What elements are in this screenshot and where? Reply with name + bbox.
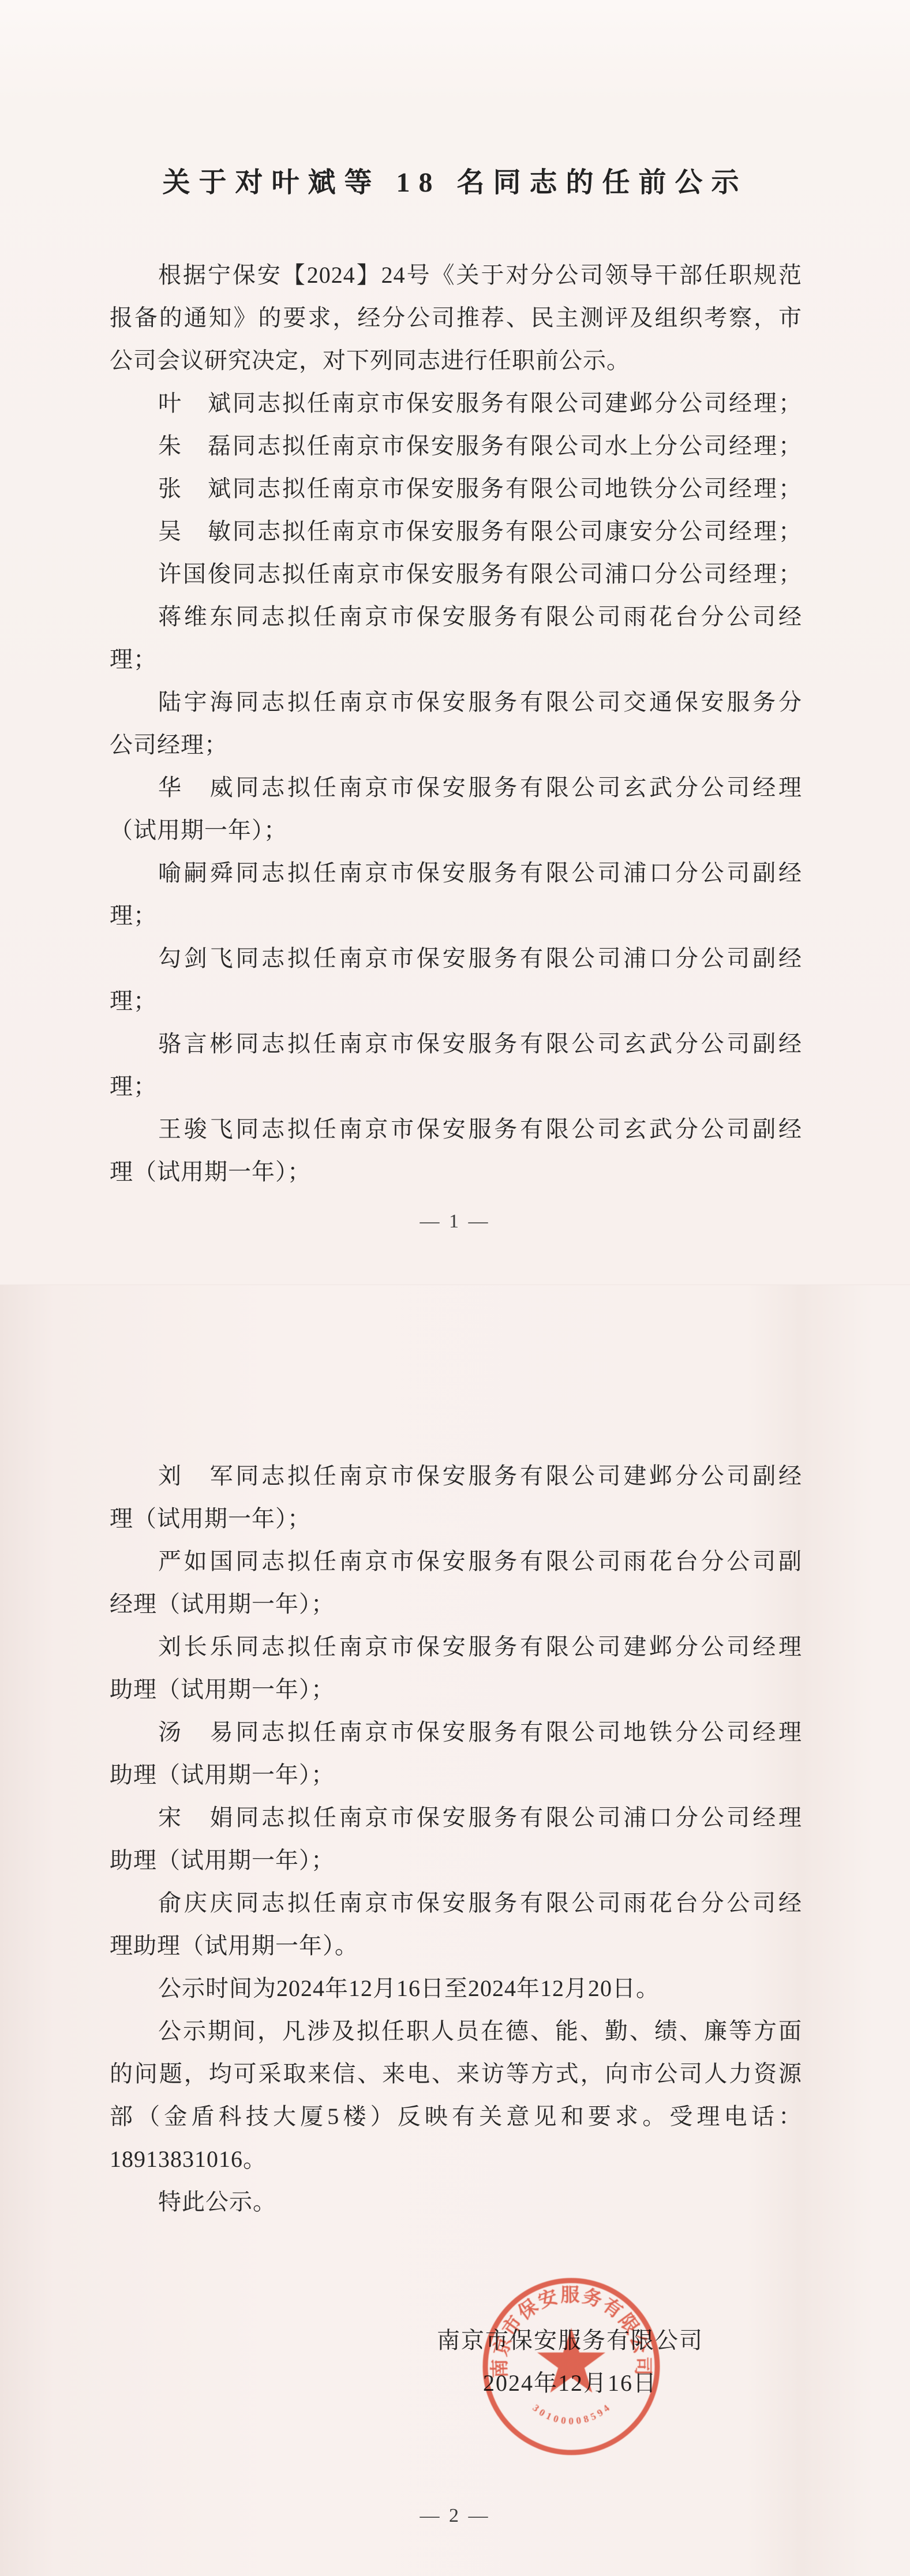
- seal-star: [537, 2328, 605, 2392]
- appointment-line: 汤 易同志拟任南京市保安服务有限公司地铁分公司经理: [110, 1711, 802, 1754]
- appointment-line: 王骏飞同志拟任南京市保安服务有限公司玄武分公司副经: [110, 1108, 802, 1151]
- page1-body: 根据宁保安【2024】24号《关于对分公司领导干部任职规范 报备的通知》的要求，…: [110, 254, 802, 1193]
- appointment-line: 理；: [110, 980, 802, 1023]
- appointment-line: 理；: [110, 638, 802, 681]
- closing-line: 特此公示。: [110, 2181, 802, 2223]
- appointment-line: 喻嗣舜同志拟任南京市保安服务有限公司浦口分公司副经: [110, 852, 802, 894]
- appointment-line: 理；: [110, 1065, 802, 1108]
- page-2: 刘 军同志拟任南京市保安服务有限公司建邺分公司副经 理（试用期一年）； 严如国同…: [0, 1285, 910, 2576]
- text-line: 公示期间，凡涉及拟任职人员在德、能、勤、绩、廉等方面: [110, 2010, 802, 2053]
- publicity-period-line: 公示时间为2024年12月16日至2024年12月20日。: [110, 1967, 802, 2010]
- appointment-line: （试用期一年）；: [110, 809, 802, 852]
- appointment-line: 俞庆庆同志拟任南京市保安服务有限公司雨花台分公司经: [110, 1882, 802, 1924]
- appointment-line: 吴 敏同志拟任南京市保安服务有限公司康安分公司经理；: [110, 510, 802, 553]
- page-1: 关于对叶斌等 18 名同志的任前公示 根据宁保安【2024】24号《关于对分公司…: [0, 0, 910, 1285]
- appointment-line: 朱 磊同志拟任南京市保安服务有限公司水上分公司经理；: [110, 425, 802, 467]
- text-line: 部（金盾科技大厦5楼）反映有关意见和要求。受理电话：: [110, 2095, 802, 2138]
- appointment-line: 华 威同志拟任南京市保安服务有限公司玄武分公司经理: [110, 766, 802, 809]
- appointment-line: 理（试用期一年）；: [110, 1151, 802, 1193]
- appointment-line: 蒋维东同志拟任南京市保安服务有限公司雨花台分公司经: [110, 596, 802, 638]
- appointment-line: 叶 斌同志拟任南京市保安服务有限公司建邺分公司经理；: [110, 382, 802, 425]
- text-line: 报备的通知》的要求，经分公司推荐、民主测评及组织考察，市: [110, 297, 802, 339]
- phone-number-line: 18913831016。: [110, 2138, 802, 2181]
- page-title: 关于对叶斌等 18 名同志的任前公示: [0, 0, 910, 199]
- page-number-2: — 2 —: [0, 2495, 910, 2537]
- appointment-line: 助理（试用期一年）；: [110, 1754, 802, 1796]
- appointment-line: 严如国同志拟任南京市保安服务有限公司雨花台分公司副: [110, 1540, 802, 1583]
- appointment-line: 理助理（试用期一年）。: [110, 1924, 802, 1967]
- appointment-line: 骆言彬同志拟任南京市保安服务有限公司玄武分公司副经: [110, 1023, 802, 1065]
- page-number-1: — 1 —: [0, 1200, 910, 1243]
- appointment-line: 陆宇海同志拟任南京市保安服务有限公司交通保安服务分: [110, 681, 802, 724]
- appointment-line: 理（试用期一年）；: [110, 1497, 802, 1540]
- page2-body: 刘 军同志拟任南京市保安服务有限公司建邺分公司副经 理（试用期一年）； 严如国同…: [110, 1455, 802, 2223]
- appointment-line: 经理（试用期一年）；: [110, 1583, 802, 1626]
- seal-number: 30100008594: [530, 2402, 612, 2427]
- appointment-line: 助理（试用期一年）；: [110, 1668, 802, 1711]
- document-scan: 关于对叶斌等 18 名同志的任前公示 根据宁保安【2024】24号《关于对分公司…: [0, 0, 910, 2576]
- company-seal: 南京市保安服务有限公司 30100008594: [476, 2271, 666, 2462]
- appointment-line: 张 斌同志拟任南京市保安服务有限公司地铁分公司经理；: [110, 467, 802, 510]
- appointment-line: 勾剑飞同志拟任南京市保安服务有限公司浦口分公司副经: [110, 937, 802, 980]
- appointment-line: 公司经理；: [110, 724, 802, 766]
- appointment-line: 助理（试用期一年）；: [110, 1839, 802, 1882]
- text-line: 公司会议研究决定，对下列同志进行任职前公示。: [110, 339, 802, 382]
- appointment-line: 宋 娟同志拟任南京市保安服务有限公司浦口分公司经理: [110, 1796, 802, 1839]
- appointment-line: 刘长乐同志拟任南京市保安服务有限公司建邺分公司经理: [110, 1626, 802, 1668]
- appointment-line: 许国俊同志拟任南京市保安服务有限公司浦口分公司经理；: [110, 553, 802, 596]
- text-line: 根据宁保安【2024】24号《关于对分公司领导干部任职规范: [110, 254, 802, 297]
- text-line: 的问题，均可采取来信、来电、来访等方式，向市公司人力资源: [110, 2053, 802, 2095]
- appointment-line: 刘 军同志拟任南京市保安服务有限公司建邺分公司副经: [110, 1455, 802, 1497]
- appointment-line: 理；: [110, 894, 802, 937]
